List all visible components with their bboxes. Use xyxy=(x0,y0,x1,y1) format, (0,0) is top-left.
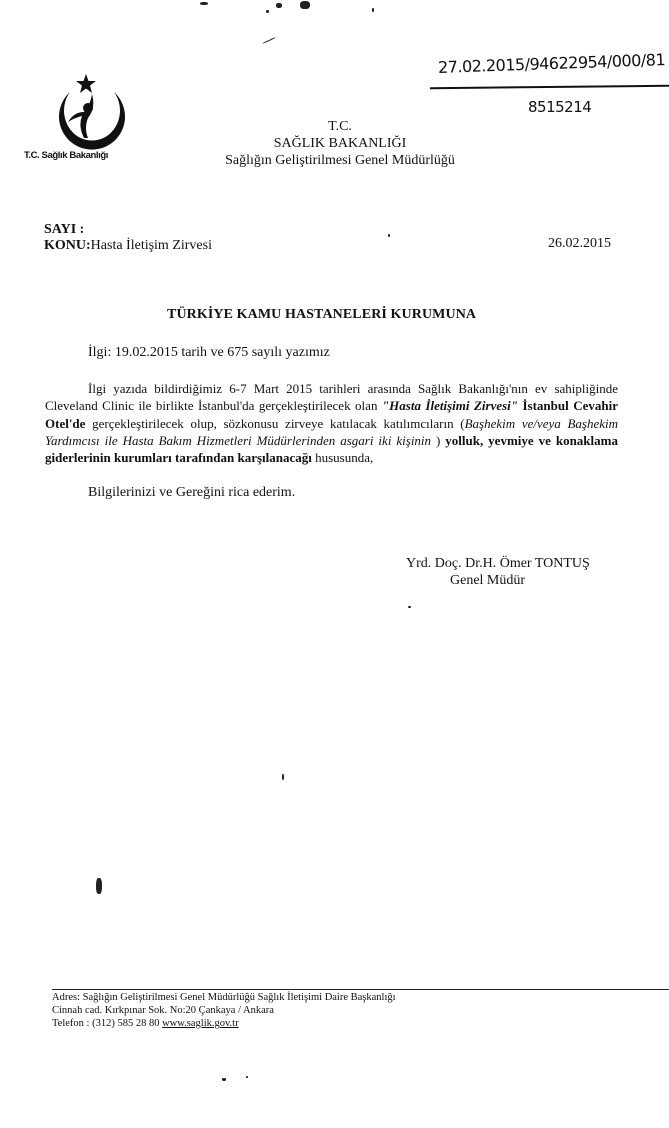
letterhead: T.C. SAĞLIK BAKANLIĞI Sağlığın Geliştiri… xyxy=(170,118,510,169)
phone-number: (312) 585 28 80 xyxy=(92,1018,159,1029)
scan-noise xyxy=(300,1,310,9)
scan-noise xyxy=(246,1076,248,1078)
scan-noise xyxy=(276,3,282,8)
document-date: 26.02.2015 xyxy=(548,236,611,252)
body-text: gerçekleştirilecek olup, sözkonusu zirve… xyxy=(85,416,464,431)
handwritten-registry-number: 8515214 xyxy=(528,98,591,116)
scan-noise xyxy=(222,1078,226,1081)
handwritten-registry-ref: 27.02.2015/94622954/000/81 xyxy=(438,50,666,77)
footer-address-line2: Cinnah cad. Kırkpınar Sok. No:20 Çankaya… xyxy=(52,1004,396,1017)
scan-noise xyxy=(408,606,411,608)
scan-noise xyxy=(200,2,208,5)
scan-noise xyxy=(266,10,269,13)
sayi-label: SAYI : xyxy=(44,222,84,238)
event-name: "Hasta İletişimi Zirvesi" xyxy=(382,398,518,413)
body-text: hususunda, xyxy=(312,450,373,465)
footer-contact-line: Telefon : (312) 585 28 80 www.saglik.gov… xyxy=(52,1017,396,1030)
footer-address-line1: Adres: Sağlığın Geliştirilmesi Genel Müd… xyxy=(52,991,396,1004)
handwritten-underline xyxy=(430,85,669,90)
scan-noise xyxy=(262,37,275,44)
letterhead-ministry: SAĞLIK BAKANLIĞI xyxy=(170,135,510,152)
konu-line: KONU:Hasta İletişim Zirvesi xyxy=(44,238,212,254)
website-link[interactable]: www.saglik.gov.tr xyxy=(162,1018,239,1029)
letterhead-directorate: Sağlığın Geliştirilmesi Genel Müdürlüğü xyxy=(170,152,510,169)
footer: Adres: Sağlığın Geliştirilmesi Genel Müd… xyxy=(52,991,396,1030)
konu-value: Hasta İletişim Zirvesi xyxy=(91,238,212,253)
scan-noise xyxy=(372,8,374,12)
signatory-name: Yrd. Doç. Dr.H. Ömer TONTUŞ xyxy=(406,556,590,572)
logo-caption: T.C. Sağlık Bakanlığı xyxy=(24,150,144,161)
address-label: Adres: xyxy=(52,992,80,1003)
konu-label: KONU: xyxy=(44,238,91,253)
body-paragraph: İlgi yazıda bildirdiğimiz 6-7 Mart 2015 … xyxy=(45,380,618,466)
letterhead-tc: T.C. xyxy=(170,118,510,135)
scan-noise xyxy=(388,234,390,237)
footer-divider xyxy=(52,989,669,990)
scan-noise xyxy=(96,878,102,894)
signatory-title: Genel Müdür xyxy=(450,573,525,589)
reference-line: İlgi: 19.02.2015 tarih ve 675 sayılı yaz… xyxy=(88,345,330,361)
body-text: ) xyxy=(431,433,445,448)
addressee: TÜRKİYE KAMU HASTANELERİ KURUMUNA xyxy=(167,307,476,323)
scan-noise xyxy=(282,774,284,780)
address-value: Sağlığın Geliştirilmesi Genel Müdürlüğü … xyxy=(83,992,396,1003)
closing-line: Bilgilerinizi ve Gereğini rica ederim. xyxy=(88,485,295,501)
phone-label: Telefon : xyxy=(52,1018,89,1029)
